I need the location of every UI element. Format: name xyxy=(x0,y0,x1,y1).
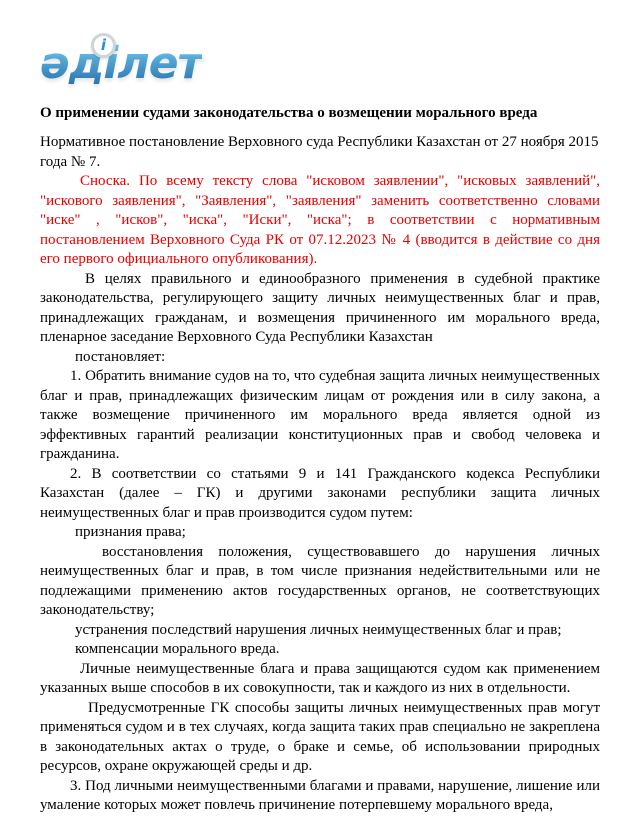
protection-paragraph: Личные неимущественные блага и права защ… xyxy=(40,660,600,699)
footnote-paragraph: Сноска. По всему тексту слова "исковом з… xyxy=(40,172,600,270)
preamble-paragraph: В целях правильного и единообразного при… xyxy=(40,270,600,348)
document-subtitle: Нормативное постановление Верховного суд… xyxy=(40,132,600,172)
list-item-restoration: восстановления положения, существовавшег… xyxy=(40,543,600,621)
document-body: Сноска. По всему тексту слова "исковом з… xyxy=(40,172,600,816)
document-page: әділет і О применении судами законодател… xyxy=(0,0,640,828)
magnifier-letter: і xyxy=(101,38,106,53)
adilet-logo-text: әділет xyxy=(40,40,202,88)
document-title: О применении судами законодательства о в… xyxy=(40,104,600,123)
list-item-elimination: устранения последствий нарушения личных … xyxy=(40,621,600,641)
list-item-recognition: признания права; xyxy=(40,523,600,543)
adilet-logo: әділет і xyxy=(40,40,600,92)
list-item-compensation: компенсации морального вреда. xyxy=(40,640,600,660)
logo-part2: лет xyxy=(117,38,202,89)
gk-methods-paragraph: Предусмотренные ГК способы защиты личных… xyxy=(40,699,600,777)
item-2-paragraph: 2. В соответствии со статьями 9 и 141 Гр… xyxy=(40,465,600,524)
resolves-line: постановляет: xyxy=(40,348,600,368)
item-1-paragraph: 1. Обратить внимание судов на то, что су… xyxy=(40,367,600,465)
item-3-paragraph: 3. Под личными неимущественными благами … xyxy=(40,777,600,816)
magnifier-icon: і xyxy=(91,33,116,58)
